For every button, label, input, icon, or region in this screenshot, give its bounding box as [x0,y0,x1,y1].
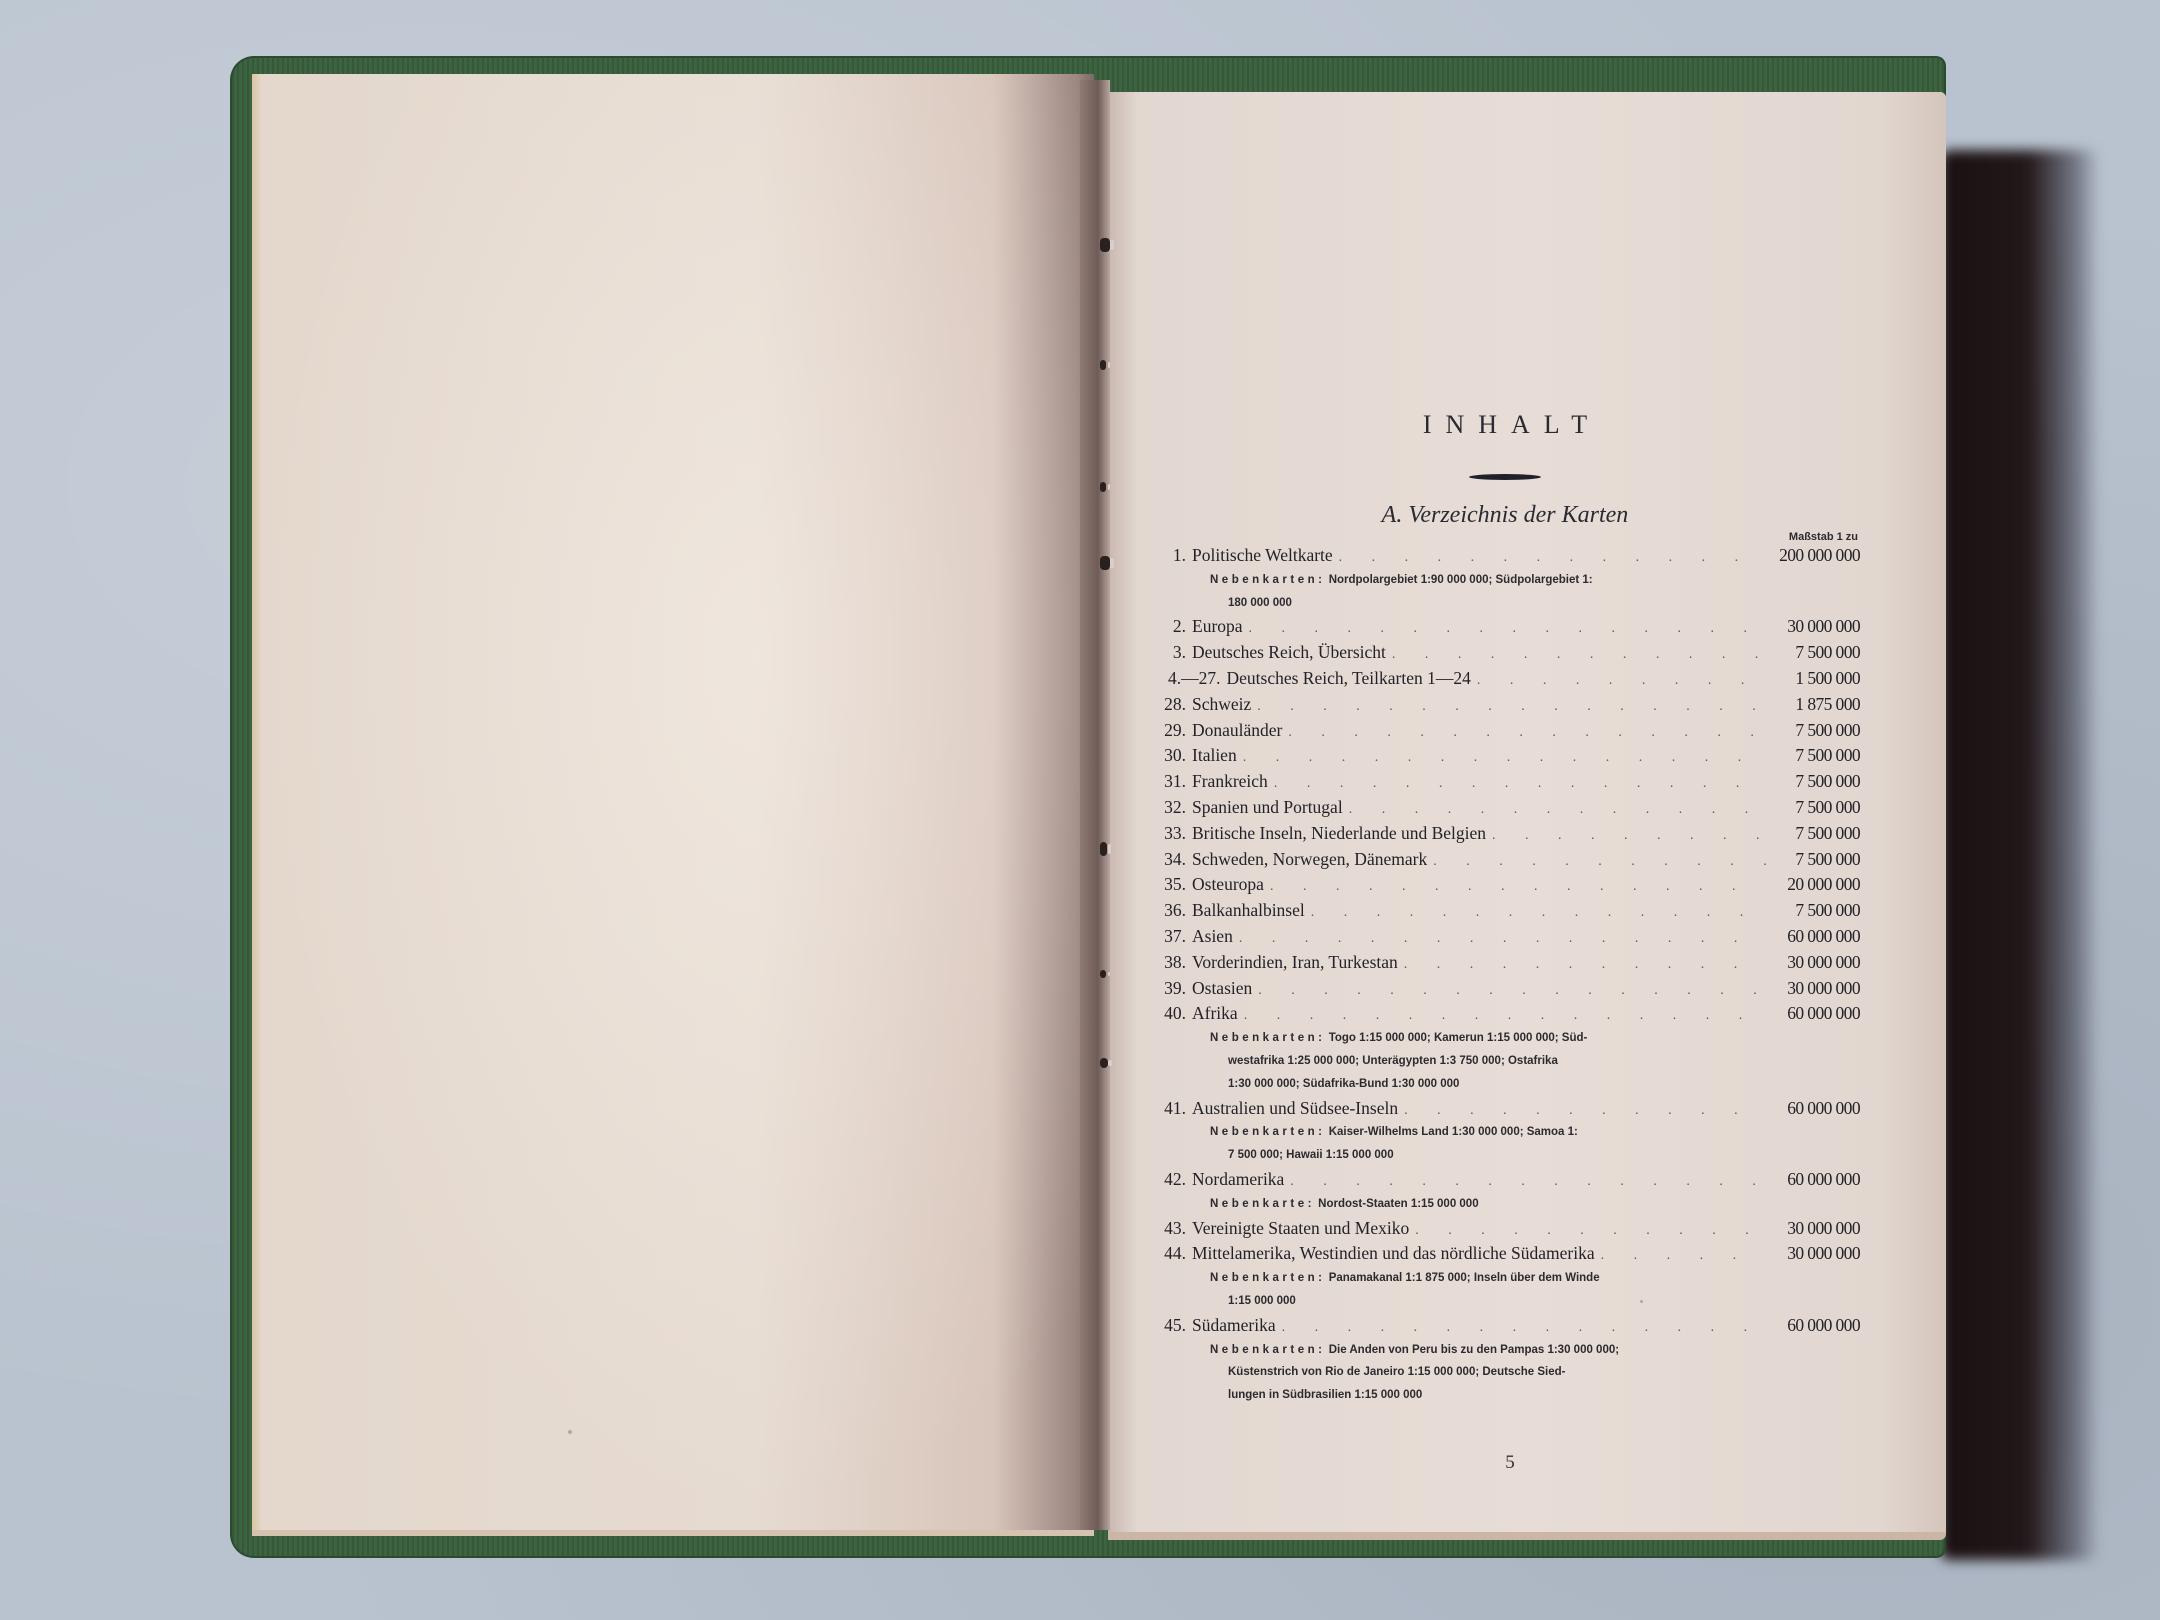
leader-dots: . . . . . . . . . . . . . . . . . . . . … [1290,1169,1766,1195]
entry-label: Vereinigte Staaten und Mexiko [1192,1216,1409,1242]
entry-scale: 7 500 000 [1772,847,1860,873]
entry-number: 34. [1150,847,1186,873]
binding-stitch-icon [1100,1058,1108,1068]
entry-number: 37. [1150,924,1186,950]
leader-dots: . . . . . . . . . . . . . . . . . . . . … [1258,978,1766,1004]
leader-dots: . . . . . . . . . . . . . . . . . . . . … [1492,823,1766,849]
entry-scale: 30 000 000 [1772,976,1860,1002]
left-page-blank [252,74,1094,1536]
leader-dots: . . . . . . . . . . . . . . . . . . . . … [1288,720,1766,746]
scale-column-header: Maßstab 1 zu [1150,531,1860,543]
inset-maps-continuation: 1:30 000 000; Südafrika-Bund 1:30 000 00… [1210,1073,1750,1096]
inset-maps-continuation: 7 500 000; Hawaii 1:15 000 000 [1210,1144,1750,1167]
toc-entry: 44.Mittelamerika, Westindien und das nör… [1150,1241,1860,1267]
binding-stitch-icon [1100,970,1106,978]
entry-label: Frankreich [1192,769,1268,795]
leader-dots: . . . . . . . . . . . . . . . . . . . . … [1282,1315,1766,1341]
entry-label: Spanien und Portugal [1192,795,1343,821]
entry-number: 32. [1150,795,1186,821]
inset-maps-text: Kaiser-Wilhelms Land 1:30 000 000; Samoa… [1329,1126,1578,1138]
toc-entry: 35.Osteuropa. . . . . . . . . . . . . . … [1150,872,1860,898]
leader-dots: . . . . . . . . . . . . . . . . . . . . … [1244,1003,1766,1029]
entry-number: 36. [1150,898,1186,924]
entry-scale: 20 000 000 [1772,872,1860,898]
entry-label: Asien [1192,924,1233,950]
entry-label: Politische Weltkarte [1192,543,1333,569]
toc-entry: 36.Balkanhalbinsel. . . . . . . . . . . … [1150,898,1860,924]
entry-label: Australien und Südsee-Inseln [1192,1096,1398,1122]
entry-label: Britische Inseln, Niederlande und Belgie… [1192,821,1486,847]
toc-entry: 29.Donauländer. . . . . . . . . . . . . … [1150,718,1860,744]
leader-dots: . . . . . . . . . . . . . . . . . . . . … [1239,926,1766,952]
inset-maps-label: Nebenkarten: [1210,1272,1326,1284]
inset-maps-label: Nebenkarte: [1210,1198,1315,1210]
leader-dots: . . . . . . . . . . . . . . . . . . . . … [1415,1218,1766,1244]
entry-label: Europa [1192,614,1243,640]
entry-label: Mittelamerika, Westindien und das nördli… [1192,1241,1595,1267]
book-spine-gutter [1080,80,1110,1530]
entry-number: 42. [1150,1167,1186,1193]
entry-scale: 1 500 000 [1772,666,1860,692]
entry-scale: 30 000 000 [1772,950,1860,976]
entry-label: Osteuropa [1192,872,1264,898]
inset-maps-continuation: 180 000 000 [1210,592,1750,615]
entry-number: 38. [1150,950,1186,976]
toc-entry: 42.Nordamerika. . . . . . . . . . . . . … [1150,1167,1860,1193]
leader-dots: . . . . . . . . . . . . . . . . . . . . … [1339,545,1766,571]
leader-dots: . . . . . . . . . . . . . . . . . . . . … [1311,900,1766,926]
entry-label: Ostasien [1192,976,1252,1002]
binding-stitch-icon [1100,842,1107,856]
entry-number: 43. [1150,1216,1186,1242]
inset-maps-note: Nebenkarte: Nordost-Staaten 1:15 000 000 [1150,1193,1860,1216]
entry-label: Nordamerika [1192,1167,1284,1193]
inset-maps-continuation: lungen in Südbrasilien 1:15 000 000 [1210,1384,1750,1407]
entry-label: Donauländer [1192,718,1282,744]
inset-maps-text: Nordpolargebiet 1:90 000 000; Südpolarge… [1329,574,1593,586]
toc-entry: 39.Ostasien. . . . . . . . . . . . . . .… [1150,976,1860,1002]
inset-maps-note: Nebenkarten: Nordpolargebiet 1:90 000 00… [1150,569,1860,615]
entry-number: 39. [1150,976,1186,1002]
toc-entry: 45.Südamerika. . . . . . . . . . . . . .… [1150,1313,1860,1339]
toc-entry: 40.Afrika. . . . . . . . . . . . . . . .… [1150,1001,1860,1027]
inset-maps-label: Nebenkarten: [1210,1126,1326,1138]
leader-dots: . . . . . . . . . . . . . . . . . . . . … [1404,1098,1766,1124]
toc-entry: 4.—27.Deutsches Reich, Teilkarten 1—24. … [1150,666,1860,692]
inset-maps-continuation: Küstenstrich von Rio de Janeiro 1:15 000… [1210,1361,1750,1384]
entry-number: 29. [1150,718,1186,744]
entry-scale: 60 000 000 [1772,924,1860,950]
entry-label: Südamerika [1192,1313,1276,1339]
toc-entry: 32.Spanien und Portugal. . . . . . . . .… [1150,795,1860,821]
entry-scale: 60 000 000 [1772,1167,1860,1193]
entry-number: 41. [1150,1096,1186,1122]
inset-maps-note: Nebenkarten: Panamakanal 1:1 875 000; In… [1150,1267,1860,1313]
entry-label: Schweden, Norwegen, Dänemark [1192,847,1427,873]
entry-scale: 60 000 000 [1772,1313,1860,1339]
book-shadow [1940,150,2100,1560]
leader-dots: . . . . . . . . . . . . . . . . . . . . … [1433,849,1766,875]
entry-number: 33. [1150,821,1186,847]
toc-entry: 34.Schweden, Norwegen, Dänemark. . . . .… [1150,847,1860,873]
leader-dots: . . . . . . . . . . . . . . . . . . . . … [1243,745,1766,771]
entry-scale: 30 000 000 [1772,1216,1860,1242]
leader-dots: . . . . . . . . . . . . . . . . . . . . … [1249,616,1766,642]
entry-scale: 200 000 000 [1772,543,1860,569]
entry-label: Afrika [1192,1001,1238,1027]
toc-entry: 2.Europa. . . . . . . . . . . . . . . . … [1150,614,1860,640]
entry-scale: 30 000 000 [1772,614,1860,640]
entry-label: Schweiz [1192,692,1251,718]
entry-number: 3. [1150,640,1186,666]
inset-maps-label: Nebenkarten: [1210,1032,1326,1044]
leader-dots: . . . . . . . . . . . . . . . . . . . . … [1349,797,1766,823]
inset-maps-text: Panamakanal 1:1 875 000; Inseln über dem… [1329,1272,1600,1284]
inset-maps-continuation: 1:15 000 000 [1210,1290,1750,1313]
entry-list: 1.Politische Weltkarte. . . . . . . . . … [1150,543,1860,1407]
entry-scale: 7 500 000 [1772,769,1860,795]
entry-number: 40. [1150,1001,1186,1027]
inset-maps-label: Nebenkarten: [1210,1344,1326,1356]
toc-entry: 37.Asien. . . . . . . . . . . . . . . . … [1150,924,1860,950]
paper-speck [568,1430,572,1434]
entry-label: Deutsches Reich, Übersicht [1192,640,1386,666]
entry-scale: 30 000 000 [1772,1241,1860,1267]
inset-maps-text: Die Anden von Peru bis zu den Pampas 1:3… [1329,1344,1619,1356]
binding-stitch-icon [1100,482,1106,492]
leader-dots: . . . . . . . . . . . . . . . . . . . . … [1270,874,1766,900]
binding-stitch-icon [1100,238,1110,252]
entry-scale: 7 500 000 [1772,821,1860,847]
entry-scale: 1 875 000 [1772,692,1860,718]
entry-number: 45. [1150,1313,1186,1339]
toc-entry: 30.Italien. . . . . . . . . . . . . . . … [1150,743,1860,769]
entry-label: Italien [1192,743,1237,769]
entry-number: 35. [1150,872,1186,898]
inset-maps-label: Nebenkarten: [1210,574,1326,586]
entry-scale: 7 500 000 [1772,640,1860,666]
inset-maps-note: Nebenkarten: Die Anden von Peru bis zu d… [1150,1339,1860,1407]
inset-maps-continuation: westafrika 1:25 000 000; Unterägypten 1:… [1210,1050,1750,1073]
entry-scale: 7 500 000 [1772,718,1860,744]
inset-maps-text: Togo 1:15 000 000; Kamerun 1:15 000 000;… [1329,1032,1588,1044]
entry-number: 4.—27. [1168,666,1221,692]
toc-entry: 38.Vorderindien, Iran, Turkestan. . . . … [1150,950,1860,976]
entry-label: Balkanhalbinsel [1192,898,1305,924]
leader-dots: . . . . . . . . . . . . . . . . . . . . … [1274,771,1766,797]
binding-stitch-icon [1100,556,1110,570]
entry-scale: 7 500 000 [1772,743,1860,769]
toc-entry: 3.Deutsches Reich, Übersicht. . . . . . … [1150,640,1860,666]
entry-label: Vorderindien, Iran, Turkestan [1192,950,1398,976]
binding-stitch-icon [1100,360,1106,370]
leader-dots: . . . . . . . . . . . . . . . . . . . . … [1601,1243,1766,1269]
page-number: 5 [1490,1452,1530,1474]
entry-scale: 60 000 000 [1772,1096,1860,1122]
entry-number: 1. [1150,543,1186,569]
toc-entry: 43.Vereinigte Staaten und Mexiko. . . . … [1150,1216,1860,1242]
leader-dots: . . . . . . . . . . . . . . . . . . . . … [1257,694,1766,720]
inset-maps-text: Nordost-Staaten 1:15 000 000 [1318,1198,1478,1210]
table-of-contents: INHALT A. Verzeichnis der Karten Maßstab… [1150,400,1860,1407]
toc-entry: 28.Schweiz. . . . . . . . . . . . . . . … [1150,692,1860,718]
toc-entry: 33.Britische Inseln, Niederlande und Bel… [1150,821,1860,847]
entry-number: 44. [1150,1241,1186,1267]
entry-number: 28. [1150,692,1186,718]
entry-scale: 60 000 000 [1772,1001,1860,1027]
ornament-rule-icon [1469,474,1541,480]
leader-dots: . . . . . . . . . . . . . . . . . . . . … [1392,642,1766,668]
entry-number: 2. [1150,614,1186,640]
entry-scale: 7 500 000 [1772,898,1860,924]
entry-scale: 7 500 000 [1772,795,1860,821]
entry-number: 30. [1150,743,1186,769]
toc-entry: 41.Australien und Südsee-Inseln. . . . .… [1150,1096,1860,1122]
page-title: INHALT [1150,410,1860,440]
toc-entry: 31.Frankreich. . . . . . . . . . . . . .… [1150,769,1860,795]
inset-maps-note: Nebenkarten: Togo 1:15 000 000; Kamerun … [1150,1027,1860,1095]
toc-entry: 1.Politische Weltkarte. . . . . . . . . … [1150,543,1860,569]
section-title: A. Verzeichnis der Karten [1150,502,1860,529]
leader-dots: . . . . . . . . . . . . . . . . . . . . … [1477,668,1766,694]
entry-label: Deutsches Reich, Teilkarten 1—24 [1227,666,1471,692]
leader-dots: . . . . . . . . . . . . . . . . . . . . … [1404,952,1766,978]
inset-maps-note: Nebenkarten: Kaiser-Wilhelms Land 1:30 0… [1150,1121,1860,1167]
entry-number: 31. [1150,769,1186,795]
